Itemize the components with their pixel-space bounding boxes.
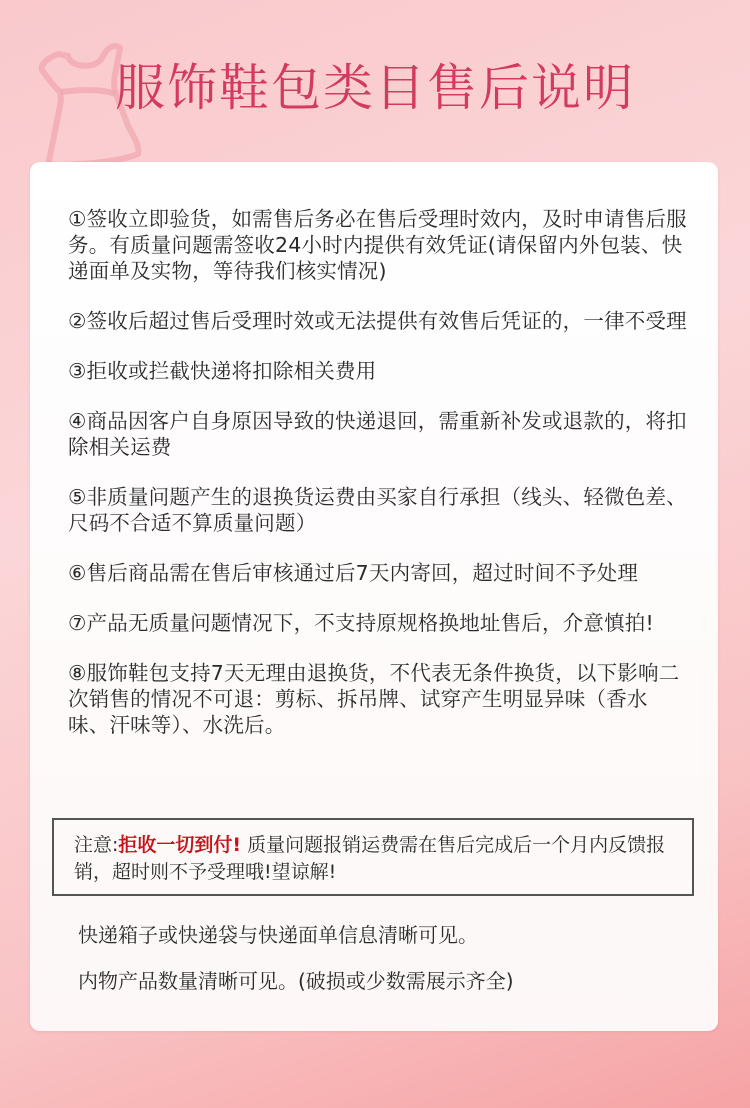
page-title: 服饰鞋包类目售后说明 [0, 52, 750, 124]
notice-prefix: 注意: [74, 834, 118, 856]
requirement-line: 内物产品数量清晰可见。(破损或少数需展示齐全) [78, 966, 514, 996]
requirement-line: 快递箱子或快递袋与快递面单信息清晰可见。 [78, 920, 514, 950]
notice-box: 注意:拒收一切到付! 质量问题报销运费需在售后完成后一个月内反馈报销，超时则不予… [52, 818, 694, 896]
rule-item: ⑤非质量问题产生的退换货运费由买家自行承担（线头、轻微色差、尺码不合适不算质量问… [68, 484, 688, 536]
rule-item: ③拒收或拦截快递将扣除相关费用 [68, 358, 688, 384]
rule-item: ④商品因客户自身原因导致的快递退回，需重新补发或退款的，将扣除相关运费 [68, 408, 688, 460]
rule-item: ②签收后超过售后受理时效或无法提供有效售后凭证的，一律不受理 [68, 308, 688, 334]
packaging-requirements: 快递箱子或快递袋与快递面单信息清晰可见。 内物产品数量清晰可见。(破损或少数需展… [78, 920, 514, 1012]
rule-item: ①签收立即验货，如需售后务必在售后受理时效内，及时申请售后服务。有质量问题需签收… [68, 206, 688, 284]
rule-item: ⑥售后商品需在售后审核通过后7天内寄回，超过时间不予处理 [68, 560, 688, 586]
policy-card: ①签收立即验货，如需售后务必在售后受理时效内，及时申请售后服务。有质量问题需签收… [30, 162, 718, 1031]
rule-item: ⑦产品无质量问题情况下，不支持原规格换地址售后，介意慎拍! [68, 610, 688, 636]
rule-item: ⑧服饰鞋包支持7天无理由退换货，不代表无条件换货，以下影响二次销售的情况不可退：… [68, 660, 688, 738]
rules-list: ①签收立即验货，如需售后务必在售后受理时效内，及时申请售后服务。有质量问题需签收… [68, 206, 688, 762]
notice-highlight: 拒收一切到付! [118, 834, 241, 856]
